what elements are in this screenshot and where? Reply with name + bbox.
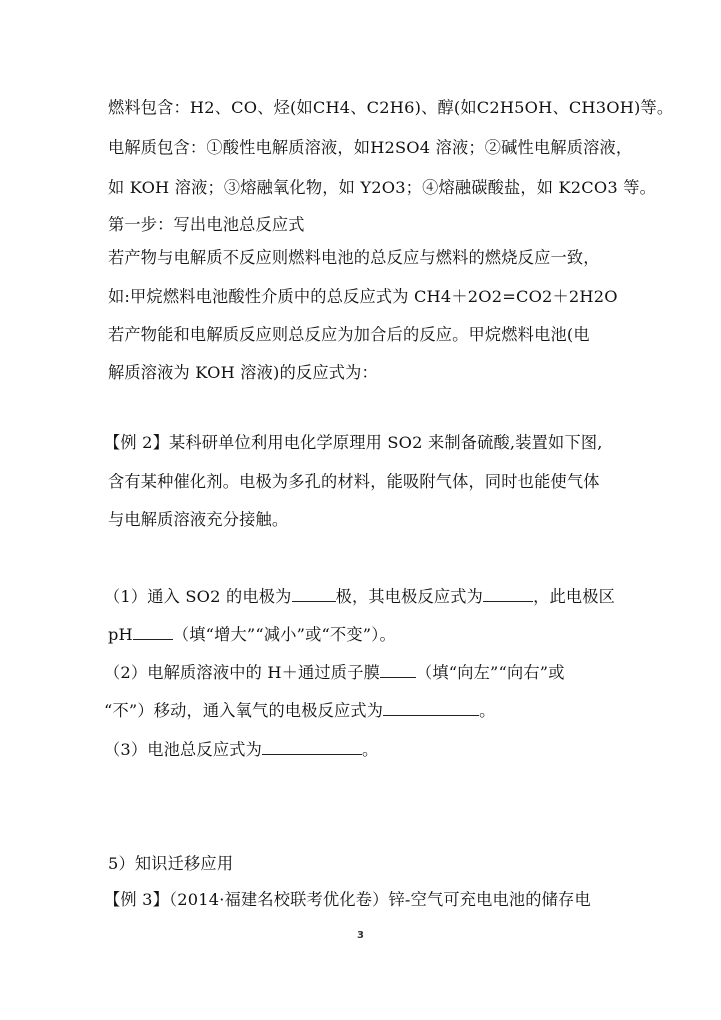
page-number: 3 xyxy=(0,930,721,941)
total-reaction-line-2: 如:甲烷燃料电池酸性介质中的总反应式为 CH4＋2O2=CO2＋2H2O xyxy=(108,285,618,309)
question-2-end: 。 xyxy=(479,701,495,720)
total-reaction-line-1: 若产物与电解质不反应则燃料电池的总反应与燃料的燃烧反应一致， xyxy=(108,246,618,270)
answer-blank-total-reaction[interactable] xyxy=(262,738,362,755)
answer-blank-electrode-reaction[interactable] xyxy=(483,585,533,602)
total-reaction-line-3: 若产物能和电解质反应则总反应为加合后的反应。甲烷燃料电池(电 xyxy=(108,323,618,347)
question-1-line-2: pH（填“增大”“减小”或“不变”）。 xyxy=(108,623,618,647)
question-1-text-c: ，此电极区 xyxy=(533,587,615,606)
fuel-types-line: 燃料包含：H2、CO、烃(如CH4、C2H6)、醇(如C2H5OH、CH3OH)… xyxy=(108,96,618,120)
question-2-line-1: （2）电解质溶液中的 H＋通过质子膜（填“向左”“向右”或 xyxy=(104,661,614,685)
example2-line-1: 【例 2】某科研单位利用电化学原理用 SO2 来制备硫酸,装置如下图, xyxy=(104,431,614,455)
example3-line-1: 【例 3】（2014·福建名校联考优化卷）锌-空气可充电电池的储存电 xyxy=(104,888,614,912)
example2-line-2: 含有某种催化剂。电极为多孔的材料，能吸附气体，同时也能使气体 xyxy=(108,470,618,494)
question-2-text-a: （2）电解质溶液中的 H＋通过质子膜 xyxy=(104,663,380,682)
answer-blank-ph[interactable] xyxy=(133,623,173,640)
document-page: 燃料包含：H2、CO、烃(如CH4、C2H6)、醇(如C2H5OH、CH3OH)… xyxy=(0,0,721,1020)
question-1-ph-options: （填“增大”“减小”或“不变”）。 xyxy=(173,625,396,644)
electrolyte-types-line-1: 电解质包含：①酸性电解质溶液，如H2SO4 溶液；②碱性电解质溶液， xyxy=(108,136,618,160)
step-one-heading: 第一步：写出电池总反应式 xyxy=(108,213,618,237)
example2-line-3: 与电解质溶液充分接触。 xyxy=(108,508,618,532)
question-1-text-a: （1）通入 SO2 的电极为 xyxy=(104,587,292,606)
question-3-end: 。 xyxy=(362,740,378,759)
question-2-text-c: “不”）移动，通入氧气的电极反应式为 xyxy=(104,701,383,720)
question-3-line: （3）电池总反应式为。 xyxy=(104,738,614,762)
answer-blank-electrode[interactable] xyxy=(292,585,336,602)
answer-blank-direction[interactable] xyxy=(380,661,416,678)
question-3-text: （3）电池总反应式为 xyxy=(104,740,262,759)
section-5-heading: 5）知识迁移应用 xyxy=(108,852,618,876)
question-1-line-1: （1）通入 SO2 的电极为极，其电极反应式为，此电极区 xyxy=(104,585,614,609)
total-reaction-line-4: 解质溶液为 KOH 溶液)的反应式为： xyxy=(108,361,618,385)
question-2-text-b: （填“向左”“向右”或 xyxy=(416,663,565,682)
question-1-text-b: 极，其电极反应式为 xyxy=(336,587,484,606)
question-2-line-2: “不”）移动，通入氧气的电极反应式为。 xyxy=(104,699,614,723)
electrolyte-types-line-2: 如 KOH 溶液；③熔融氧化物，如 Y2O3；④熔融碳酸盐，如 K2CO3 等。 xyxy=(108,176,618,200)
answer-blank-oxygen-electrode[interactable] xyxy=(383,699,479,716)
question-1-ph-label: pH xyxy=(108,625,133,644)
